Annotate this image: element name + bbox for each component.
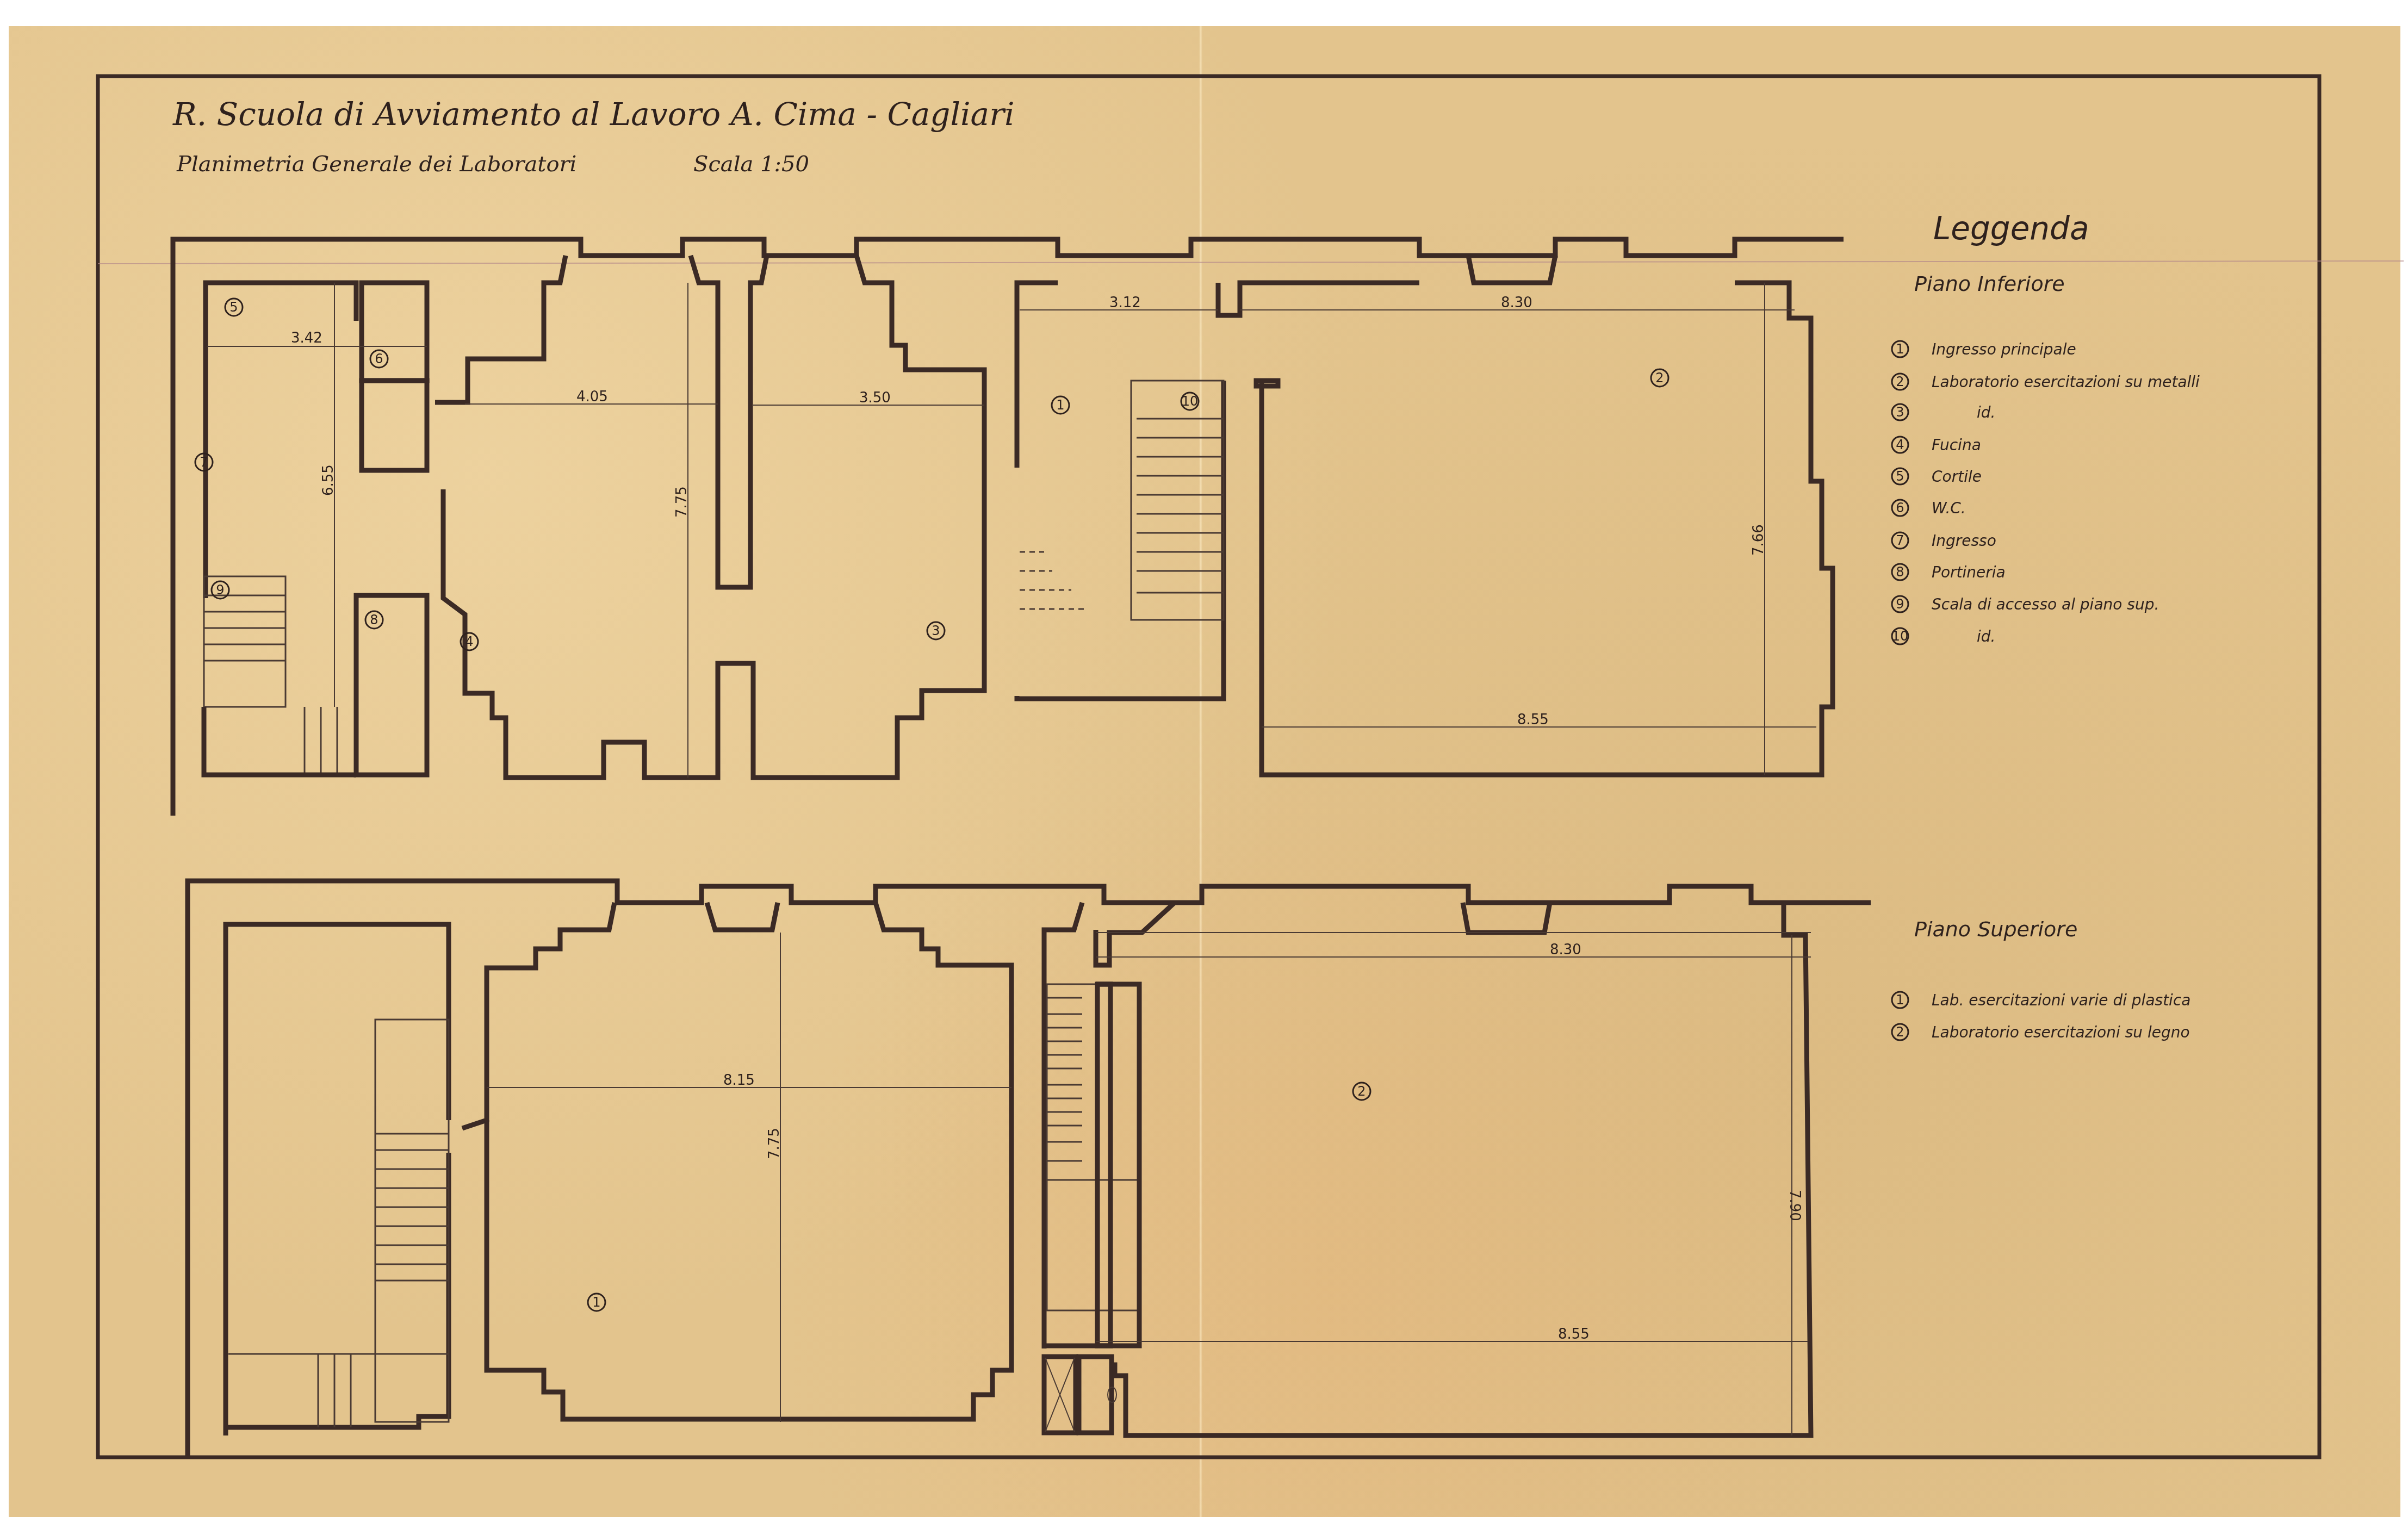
svg-text:Laboratorio esercitazioni su m: Laboratorio esercitazioni su metalli <box>1932 373 2200 391</box>
room-marker-7: 7 <box>195 453 213 471</box>
svg-text:6: 6 <box>1896 500 1904 515</box>
svg-text:id.: id. <box>1977 627 1995 645</box>
stair-10-treads <box>1137 419 1224 593</box>
room-marker-5: 5 <box>225 299 243 316</box>
floor-plan-drawing: R. Scuola di Avviamento al Lavoro A. Cim… <box>0 0 2408 1535</box>
legend-item: 7Ingresso <box>1892 532 1996 550</box>
svg-text:2: 2 <box>1357 1084 1366 1099</box>
dim-lab2-width-top: 8.30 <box>1501 295 1532 311</box>
portineria <box>356 595 427 775</box>
svg-text:7: 7 <box>200 455 208 470</box>
svg-text:5: 5 <box>1896 469 1904 484</box>
dim-fucina-width: 4.05 <box>576 389 608 405</box>
dim-upper-lab2-depth: 7.90 <box>1786 1190 1803 1221</box>
svg-text:2: 2 <box>1655 370 1664 386</box>
svg-text:Fucina: Fucina <box>1932 436 1981 454</box>
svg-text:10: 10 <box>1182 394 1199 409</box>
svg-text:Ingresso: Ingresso <box>1932 532 1996 550</box>
svg-text:1: 1 <box>1056 397 1064 413</box>
dim-lab2-depth: 7.66 <box>1751 524 1767 556</box>
dim-upper-lab2-width-bottom: 8.55 <box>1558 1326 1590 1343</box>
legend-item: 2Laboratorio esercitazioni su metalli <box>1892 373 2200 391</box>
svg-text:8: 8 <box>1896 564 1904 580</box>
svg-text:Lab. esercitazioni varie di pl: Lab. esercitazioni varie di plastica <box>1932 991 2190 1009</box>
dim-cortile-width: 3.42 <box>291 330 322 346</box>
room-marker-1: 1 <box>1052 396 1069 414</box>
svg-text:8: 8 <box>370 612 378 627</box>
dim-lab3-width: 3.50 <box>859 390 891 406</box>
lower-floor-plan: 3.42 6.55 4.05 3.50 7.75 3.12 8.30 7.66 … <box>173 239 1844 816</box>
room-marker-10: 10 <box>1181 393 1199 410</box>
dim-upper-lab2-width-top: 8.30 <box>1550 942 1581 958</box>
legend-item: 8Portineria <box>1892 563 2006 581</box>
legend-upper-floor-heading: Piano Superiore <box>1914 917 2077 941</box>
svg-text:Scala di accesso al piano sup.: Scala di accesso al piano sup. <box>1932 595 2159 613</box>
svg-text:10: 10 <box>1892 629 1909 644</box>
svg-text:Ingresso principale: Ingresso principale <box>1932 340 2076 358</box>
dim-upper-lab1-depth: 7.75 <box>766 1128 783 1159</box>
room-marker-3: 3 <box>927 622 945 639</box>
legend-item: 6W.C. <box>1892 499 1966 517</box>
svg-text:7: 7 <box>1896 533 1904 548</box>
legend-lower-floor-heading: Piano Inferiore <box>1914 272 2065 296</box>
svg-text:9: 9 <box>216 582 224 598</box>
legend-item: 9Scala di accesso al piano sup. <box>1892 595 2159 613</box>
legend-item: 5Cortile <box>1892 468 1982 486</box>
svg-text:3: 3 <box>1896 405 1904 420</box>
svg-text:1: 1 <box>1896 341 1904 357</box>
stair-9-treads <box>204 595 337 775</box>
drawing-subtitle: Planimetria Generale dei Laboratori <box>176 152 576 177</box>
legend-item: 2Laboratorio esercitazioni su legno <box>1892 1023 2190 1041</box>
room-marker-8: 8 <box>365 611 383 629</box>
legend-item: 3id. <box>1892 403 1995 421</box>
svg-text:6: 6 <box>375 351 383 366</box>
room-marker-2: 2 <box>1651 369 1668 387</box>
svg-text:3: 3 <box>932 623 940 638</box>
svg-text:4: 4 <box>1896 437 1904 452</box>
svg-text:Cortile: Cortile <box>1932 468 1982 486</box>
upper-floor-plan: 8.15 7.75 8.30 7.90 8.55 1 2 <box>188 881 1871 1457</box>
upper-stair-right-treads <box>1047 998 1139 1180</box>
upper-stair-left-treads <box>228 1134 449 1427</box>
dim-central-depth: 7.75 <box>674 486 690 518</box>
legend-item: 1Lab. esercitazioni varie di plastica <box>1892 991 2190 1009</box>
svg-text:2: 2 <box>1896 1024 1904 1040</box>
upper-room-marker-1: 1 <box>588 1294 605 1311</box>
dim-upper-lab1-width: 8.15 <box>723 1072 755 1089</box>
wc-1 <box>362 283 427 381</box>
svg-text:2: 2 <box>1896 374 1904 389</box>
svg-text:1: 1 <box>592 1295 600 1310</box>
legend: Leggenda Piano Inferiore 1Ingresso princ… <box>1892 210 2200 1041</box>
legend-item: 10id. <box>1892 627 1996 645</box>
svg-text:9: 9 <box>1896 596 1904 612</box>
drawing-scale: Scala 1:50 <box>693 152 809 177</box>
svg-text:4: 4 <box>465 634 473 649</box>
legend-item: 1Ingresso principale <box>1892 340 2076 358</box>
svg-text:5: 5 <box>229 300 238 315</box>
dim-entrance-width: 3.12 <box>1109 295 1141 311</box>
room-marker-9: 9 <box>212 581 229 599</box>
legend-item: 4Fucina <box>1892 436 1981 454</box>
svg-text:id.: id. <box>1977 403 1995 421</box>
guide-line <box>98 261 2404 264</box>
drawing-title: R. Scuola di Avviamento al Lavoro A. Cim… <box>172 96 1014 133</box>
upper-room-marker-2: 2 <box>1353 1083 1370 1100</box>
dim-cortile-depth: 6.55 <box>320 464 337 496</box>
svg-text:Portineria: Portineria <box>1932 563 2006 581</box>
legend-heading: Leggenda <box>1933 210 2089 247</box>
dim-lab2-width-bottom: 8.55 <box>1517 712 1549 728</box>
svg-text:1: 1 <box>1896 992 1904 1008</box>
room-marker-6: 6 <box>370 350 388 368</box>
svg-text:Laboratorio esercitazioni su l: Laboratorio esercitazioni su legno <box>1932 1023 2190 1041</box>
svg-text:W.C.: W.C. <box>1932 499 1966 517</box>
